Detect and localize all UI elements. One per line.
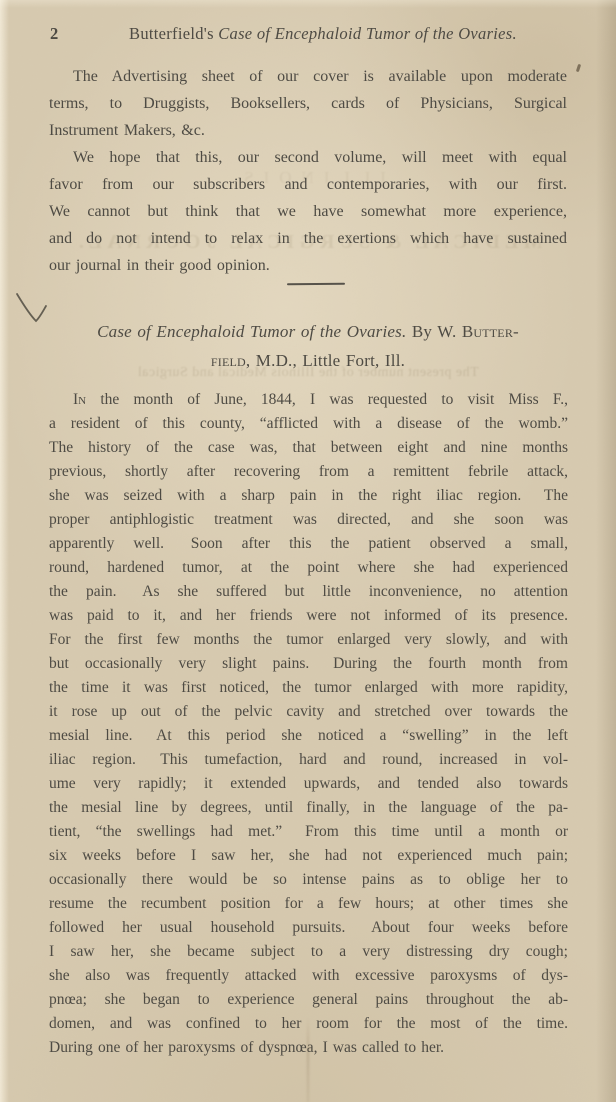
text-line: the pain. As she suffered but little inc…	[49, 580, 568, 604]
paragraph: We hope that this, our second volume, wi…	[49, 144, 567, 279]
text-line: favor from our subscribers and contempor…	[49, 171, 567, 198]
text-line: and do not intend to relax in the exerti…	[49, 225, 567, 252]
running-head-author: Butterfield's	[129, 24, 218, 43]
text-line: I saw her, she became subject to a very …	[49, 940, 568, 964]
text-line: apparently well. Soon after this the pat…	[49, 532, 568, 556]
article-heading: Case of Encephaloid Tumor of the Ovaries…	[56, 317, 560, 375]
text-line: but occasionally very slight pains. Duri…	[49, 652, 568, 676]
article-body: In the month of June, 1844, I was reques…	[49, 388, 568, 1060]
article-byline: By W.	[406, 322, 461, 341]
handwritten-checkmark	[10, 288, 60, 334]
page-right-edge	[596, 0, 616, 1102]
article-heading-line1: Case of Encephaloid Tumor of the Ovaries…	[56, 317, 560, 346]
author-name-part2: field,	[211, 351, 250, 370]
text-line: previous, shortly after recovering from …	[49, 460, 568, 484]
text-line: We cannot but think that we have somewha…	[49, 198, 567, 225]
running-head-article-title: Case of Encephaloid Tumor of the Ovaries…	[218, 24, 517, 43]
article-heading-line2: field, M.D., Little Fort, Ill.	[56, 346, 560, 375]
paper-crease	[307, 1018, 309, 1102]
ink-fleck	[576, 64, 581, 73]
text-line: ume very rapidly; it extended upwards, a…	[49, 772, 568, 796]
paragraph: The Advertising sheet of our cover is av…	[49, 63, 567, 144]
page-number: 2	[50, 24, 59, 44]
publisher-notice-paragraphs: The Advertising sheet of our cover is av…	[49, 63, 567, 279]
text-line: resume the recumbent position for a few …	[49, 892, 568, 916]
text-line: Instrument Makers, &c.	[49, 117, 567, 144]
section-divider-rule	[287, 283, 345, 286]
text-line: followed her usual household pursuits. A…	[49, 916, 568, 940]
text-line: round, hardened tumor, at the point wher…	[49, 556, 568, 580]
running-head-title: Butterfield's Case of Encephaloid Tumor …	[48, 24, 572, 44]
small-caps-lead: In	[73, 391, 86, 408]
text-line: occasionally there would be so intense p…	[49, 868, 568, 892]
page-top-edge	[0, 0, 616, 8]
text-line: For the first few months the tumor enlar…	[49, 628, 568, 652]
text-line: iliac region. This tumefaction, hard and…	[49, 748, 568, 772]
text-line: the mesial line by degrees, until finall…	[49, 796, 568, 820]
article-title-italic: Case of Encephaloid Tumor of the Ovaries…	[97, 322, 406, 341]
text-line: tient, “the swellings had met.” From thi…	[49, 820, 568, 844]
text-line: our journal in their good opinion.	[49, 252, 567, 279]
text-line: the time it was first noticed, the tumor…	[49, 676, 568, 700]
text-line: was paid to it, and her friends were not…	[49, 604, 568, 628]
text-line: she was seized with a sharp pain in the …	[49, 484, 568, 508]
paragraph: In the month of June, 1844, I was reques…	[49, 388, 568, 1060]
author-name-part1: Butter-	[462, 322, 519, 341]
text-line: We hope that this, our second volume, wi…	[49, 144, 567, 171]
page-left-edge	[0, 0, 9, 1102]
text-line: The Advertising sheet of our cover is av…	[49, 63, 567, 90]
text-line: proper antiphlogistic treatment was dire…	[49, 508, 568, 532]
author-credentials: M.D., Little Fort, Ill.	[250, 351, 405, 370]
text-line: she also was frequently attacked with ex…	[49, 964, 568, 988]
text-line: six weeks before I saw her, she had not …	[49, 844, 568, 868]
text-line: a resident of this county, “afflicted wi…	[49, 412, 568, 436]
running-head: 2 Butterfield's Case of Encephaloid Tumo…	[48, 24, 572, 48]
text-line: mesial line. At this period she noticed …	[49, 724, 568, 748]
text-line: The history of the case was, that betwee…	[49, 436, 568, 460]
text-line: terms, to Druggists, Booksellers, cards …	[49, 90, 567, 117]
book-page: ILLINOIS MEDICAL & SURGICAL JOURNAL. The…	[0, 0, 616, 1102]
text-line: pnœa; she began to experience general pa…	[49, 988, 568, 1012]
text-line: In the month of June, 1844, I was reques…	[49, 388, 568, 412]
text-line: it rose up out of the pelvic cavity and …	[49, 700, 568, 724]
